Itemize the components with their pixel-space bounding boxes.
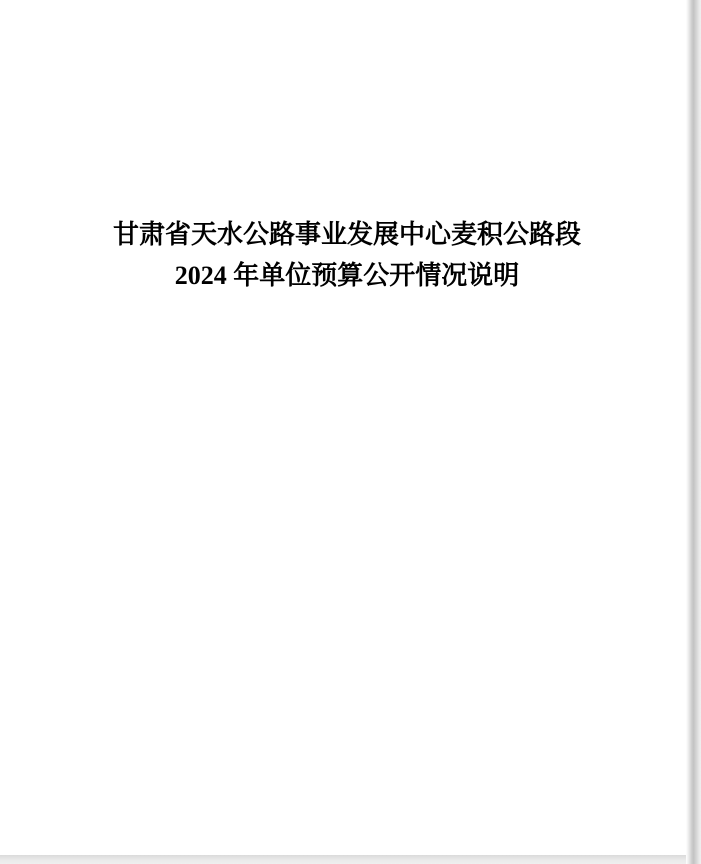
document-viewport: 甘肃省天水公路事业发展中心麦积公路段 2024 年单位预算公开情况说明 xyxy=(0,0,701,864)
document-title-line-1: 甘肃省天水公路事业发展中心麦积公路段 xyxy=(4,214,690,255)
page-bottom-edge xyxy=(0,855,686,864)
document-title: 甘肃省天水公路事业发展中心麦积公路段 2024 年单位预算公开情况说明 xyxy=(4,214,690,296)
document-page: 甘肃省天水公路事业发展中心麦积公路段 2024 年单位预算公开情况说明 xyxy=(0,0,686,855)
document-title-line-2: 2024 年单位预算公开情况说明 xyxy=(4,255,690,296)
page-right-edge-shadow xyxy=(686,0,701,864)
